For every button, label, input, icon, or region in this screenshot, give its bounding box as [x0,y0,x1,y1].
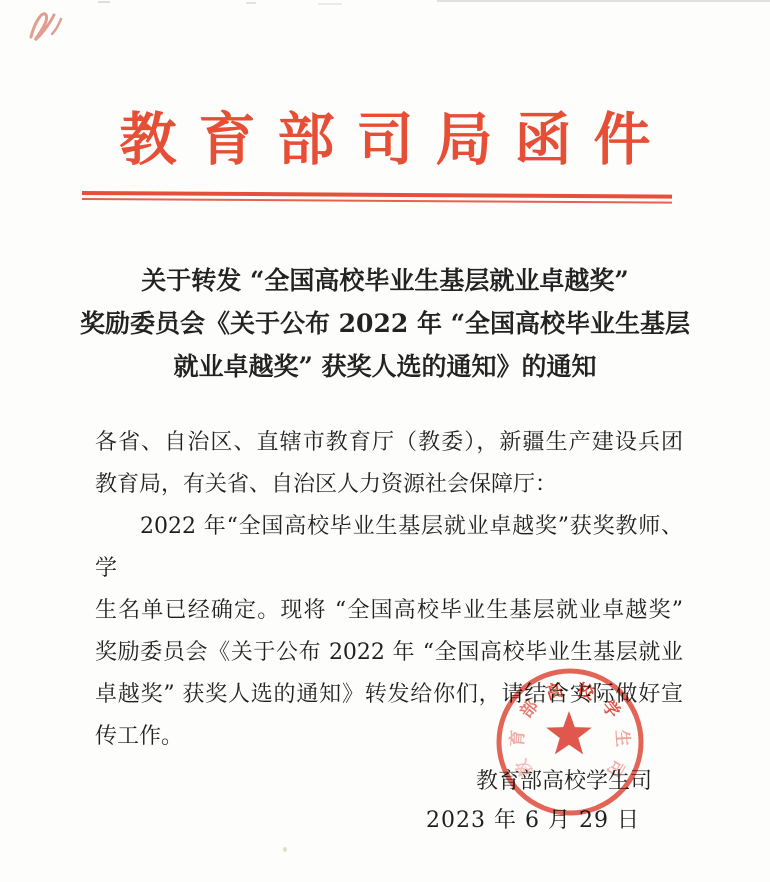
body-line: 卓越奖” 获奖人选的通知》转发给你们，请结合实际做好宣 [95,674,683,716]
document-body: 各省、自治区、直辖市教育厅（教委），新疆生产建设兵团 教育局，有关省、自治区人力… [95,422,683,758]
scan-speck [283,847,287,852]
scan-speck [246,2,256,4]
body-line: 2022 年“全国高校毕业生基层就业卓越奖”获奖教师、学 [95,506,683,590]
closing-block: 教育部高校学生司 2023 年 6 月 29 日 [95,769,683,834]
body-line: 生名单已经确定。现将 “全国高校毕业生基层就业卓越奖” [95,590,683,632]
signature-date: 2023 年 6 月 29 日 [95,808,683,834]
handwritten-red-mark [26,6,66,48]
document-title-line-3: 就业卓越奖” 获奖人选的通知》的通知 [0,345,770,388]
body-line: 奖励委员会《关于公布 2022 年 “全国高校毕业生基层就业 [95,632,683,674]
document-title: 关于转发 “全国高校毕业生基层就业卓越奖” 奖励委员会《关于公布 2022 年 … [0,259,770,388]
letterhead-divider [82,191,672,204]
body-line: 各省、自治区、直辖市教育厅（教委），新疆生产建设兵团 [95,422,683,464]
scan-speck [318,3,342,5]
document-title-line-2: 奖励委员会《关于公布 2022 年 “全国高校毕业生基层 [0,302,770,345]
letterhead-title: 教育部司局函件 [0,110,770,170]
document-title-line-1: 关于转发 “全国高校毕业生基层就业卓越奖” [0,259,770,302]
body-line: 教育局，有关省、自治区人力资源社会保障厅： [95,464,683,506]
scan-edge-artifact [437,0,770,2]
signature-department: 教育部高校学生司 [95,769,683,795]
body-line: 传工作。 [95,716,683,758]
scan-speck [98,1,110,3]
document-page: 教育部司局函件 关于转发 “全国高校毕业生基层就业卓越奖” 奖励委员会《关于公布… [0,0,770,882]
